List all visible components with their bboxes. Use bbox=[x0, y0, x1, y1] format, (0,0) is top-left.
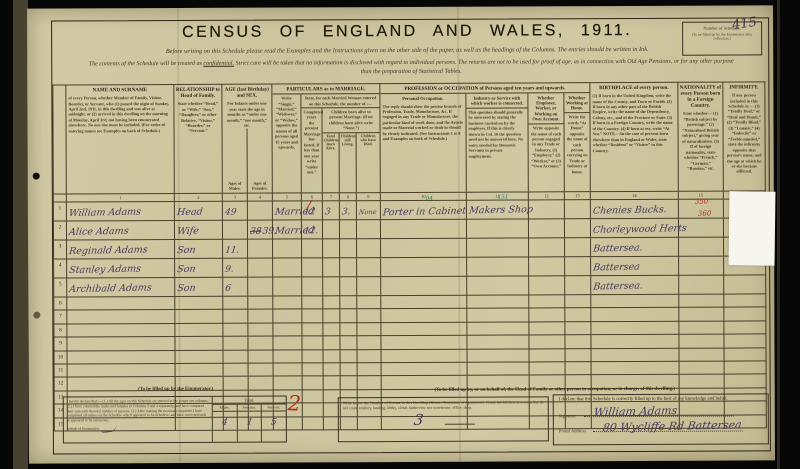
row-number: 3 bbox=[54, 240, 67, 259]
cell-am: 9. bbox=[223, 258, 248, 277]
census-form-paper: CENSUS OF ENGLAND AND WALES, 1911. Numbe… bbox=[27, 5, 775, 463]
cell-nat bbox=[679, 294, 724, 308]
cell-died bbox=[357, 363, 381, 376]
cell-died bbox=[357, 349, 381, 362]
cell-born bbox=[323, 349, 340, 362]
birthplace-header-desc: (1) If born in the United Kingdom, write… bbox=[590, 92, 677, 154]
children-died-label: Children who have Died. bbox=[357, 133, 380, 192]
cell-born bbox=[322, 220, 339, 239]
cell-died bbox=[357, 239, 381, 258]
table-row: 2Alice AdamsWife3839.Married12.Chorleywo… bbox=[53, 218, 765, 240]
cell-rel bbox=[175, 336, 223, 350]
signature-label: Signature bbox=[559, 414, 577, 419]
industry-desc: This question should generally be answer… bbox=[466, 108, 527, 159]
cell-living bbox=[340, 258, 357, 277]
cell-am bbox=[223, 336, 248, 349]
age-females-label: Ages of Females. bbox=[248, 129, 272, 193]
cell-occ bbox=[381, 349, 467, 363]
cell-mar bbox=[273, 349, 302, 363]
scan-edge-left bbox=[13, 0, 28, 469]
cell-rel: Wife bbox=[174, 220, 222, 239]
cell-status bbox=[529, 257, 565, 276]
cell-af bbox=[248, 363, 273, 376]
cell-yrs bbox=[302, 336, 323, 349]
signature-value: William Adams bbox=[591, 406, 678, 420]
cell-birth bbox=[591, 308, 679, 322]
column-number: 2 bbox=[174, 193, 222, 201]
cell-yrs: 12. bbox=[301, 220, 322, 239]
cell-living bbox=[340, 277, 357, 296]
row-number: 11 bbox=[54, 364, 67, 377]
cell-rel bbox=[175, 296, 223, 310]
address-value: 80 Wycliffe Rd Battersea bbox=[600, 420, 742, 435]
cell-inf bbox=[724, 347, 766, 361]
address-label: Postal Address bbox=[559, 429, 586, 434]
cell-living bbox=[339, 220, 356, 239]
rooms-blank-line bbox=[445, 423, 475, 424]
cell-ind bbox=[466, 219, 528, 238]
cell-name bbox=[67, 296, 175, 310]
signature-row: Signature William Adams bbox=[559, 406, 763, 419]
column-number: 9 bbox=[356, 193, 380, 201]
clerk-code-annotation: 151 bbox=[498, 195, 509, 201]
cell-living bbox=[340, 349, 357, 362]
cell-nat bbox=[679, 275, 724, 294]
cell-mar: Married bbox=[272, 220, 301, 239]
instruction-line-2-pre: The contents of the Schedule will be tre… bbox=[89, 61, 204, 68]
enumerator-initials-line: Initials of Enumerator bbox=[67, 425, 209, 433]
cell-status bbox=[529, 362, 565, 376]
cell-living bbox=[340, 336, 357, 349]
declaration-text: I declare that this Schedule is correctl… bbox=[559, 396, 763, 403]
rooms-instruction: Write below the Number of Rooms in this … bbox=[343, 399, 544, 411]
cell-ind bbox=[467, 349, 529, 363]
cell-home bbox=[564, 219, 590, 238]
cell-name bbox=[67, 363, 175, 377]
cell-occ bbox=[381, 276, 467, 295]
cell-died bbox=[357, 309, 381, 322]
page-title: CENSUS OF ENGLAND AND WALES, 1911. bbox=[87, 22, 727, 43]
cell-mar bbox=[273, 336, 302, 350]
cell-name bbox=[67, 310, 175, 324]
cell-ind bbox=[467, 257, 529, 276]
rooms-value: 3 bbox=[411, 414, 424, 426]
cell-mar bbox=[273, 239, 302, 258]
cell-name: Stanley Adams bbox=[67, 258, 175, 277]
census-table: NAME AND SURNAME of every Person, whethe… bbox=[52, 81, 767, 431]
row-number: 10 bbox=[54, 351, 67, 364]
name-header-title: NAME AND SURNAME bbox=[66, 85, 173, 95]
cell-yrs bbox=[302, 309, 323, 322]
cell-died bbox=[357, 258, 381, 277]
cell-occ bbox=[381, 295, 467, 309]
marriage-header-title: PARTICULARS as to MARRIAGE. bbox=[272, 84, 379, 95]
cell-born bbox=[323, 296, 340, 309]
cell-died bbox=[357, 336, 381, 349]
clerk-code-annotation: 04 bbox=[426, 196, 433, 202]
cell-status bbox=[529, 238, 565, 257]
cell-af bbox=[248, 309, 273, 322]
cell-occ bbox=[380, 219, 466, 238]
instruction-line-2-post: Strict care will be taken that no inform… bbox=[234, 59, 734, 75]
cell-nat bbox=[679, 361, 724, 375]
cell-birth: Chorleywood Herts bbox=[590, 218, 678, 237]
col-header-nationality: NATIONALITY of every Person born in a Fo… bbox=[678, 82, 723, 191]
cell-ind bbox=[467, 276, 529, 295]
cell-home bbox=[564, 200, 590, 219]
marriage-condition-label: Write “Single,” “Married,” “Widower,” or… bbox=[272, 95, 301, 193]
cell-af bbox=[248, 258, 273, 277]
cell-living bbox=[340, 376, 357, 389]
col-header-age: AGE (last Birthday) and SEX. For Infants… bbox=[222, 84, 272, 193]
cell-am: 49 bbox=[222, 201, 247, 220]
cell-living bbox=[340, 322, 357, 335]
column-number: 3 bbox=[222, 193, 247, 201]
cell-af bbox=[247, 201, 272, 220]
cell-living bbox=[340, 363, 357, 376]
cell-name: Reginald Adams bbox=[67, 239, 175, 258]
cell-inf bbox=[724, 275, 766, 294]
cell-am bbox=[222, 220, 247, 239]
col-header-occupation: PROFESSION or OCCUPATION of Persons aged… bbox=[380, 83, 590, 193]
cell-yrs bbox=[302, 403, 323, 416]
column-number: 5 bbox=[272, 193, 301, 201]
punch-hole bbox=[33, 173, 40, 180]
cell-status bbox=[529, 276, 565, 295]
col-header-infirmity: INFIRMITY. If any person included in thi… bbox=[723, 82, 765, 191]
nationality-header-title: NATIONALITY of every Person born in a Fo… bbox=[678, 83, 722, 111]
cell-yrs bbox=[302, 376, 323, 389]
cell-yrs bbox=[302, 239, 323, 258]
industry-label: Industry or Service with which worker is… bbox=[466, 94, 527, 109]
row-number: 1 bbox=[53, 202, 66, 221]
cell-ind bbox=[467, 308, 529, 322]
cell-af bbox=[248, 296, 273, 309]
cell-died bbox=[357, 277, 381, 296]
cell-nat bbox=[679, 334, 724, 348]
instruction-line-2: The contents of the Schedule will be tre… bbox=[87, 58, 735, 78]
relationship-header-desc: State whether “Head,” or “Wife,” “Son,” … bbox=[174, 100, 221, 193]
cell-yrs bbox=[302, 277, 323, 296]
table-row: 1William AdamsHead49Married1233.NonePort… bbox=[53, 199, 765, 221]
cell-ind bbox=[467, 362, 529, 376]
cell-name bbox=[67, 350, 175, 364]
birthplace-code-annotation: 360 bbox=[698, 210, 711, 218]
married-woman-label: State, for each Married Woman entered on… bbox=[301, 94, 379, 108]
column-number: 13 bbox=[564, 192, 590, 200]
years-married-label: Completed years the present Marriage has… bbox=[301, 108, 322, 192]
age-header-desc: For Infants under one year state the age… bbox=[222, 100, 271, 129]
column-number: 12 bbox=[528, 192, 564, 200]
enumerator-initials-mark bbox=[100, 425, 117, 433]
cell-home bbox=[565, 257, 591, 276]
cell-birth: Battersea. bbox=[591, 237, 679, 256]
cell-inf bbox=[724, 307, 766, 321]
cell-status bbox=[529, 348, 565, 362]
cell-born bbox=[323, 239, 340, 258]
working-at-home-desc: Write the words “At Home” opposite the n… bbox=[564, 113, 589, 175]
employment-status-desc: Write opposite the name of each person e… bbox=[529, 124, 564, 170]
cell-home bbox=[565, 335, 591, 349]
cell-rel bbox=[175, 363, 223, 377]
cell-status bbox=[529, 335, 565, 349]
header-row: NAME AND SURNAME of every Person, whethe… bbox=[53, 82, 766, 194]
cell-am bbox=[223, 363, 248, 376]
cell-yrs bbox=[302, 363, 323, 376]
enumerator-declaration-text: I hereby declare that:— (1.) All the age… bbox=[67, 399, 209, 423]
cell-home bbox=[565, 308, 591, 322]
cell-mar bbox=[273, 258, 302, 277]
declaration-box: I declare that this Schedule is correctl… bbox=[553, 393, 769, 445]
cell-home bbox=[565, 362, 591, 376]
colnum-blank bbox=[53, 194, 66, 202]
cell-nat bbox=[679, 321, 724, 335]
cell-occ bbox=[381, 322, 467, 336]
cell-yrs bbox=[302, 390, 323, 403]
enumerator-initials-label: Initials of Enumerator bbox=[67, 427, 100, 431]
cell-birth bbox=[591, 334, 679, 348]
cell-rel: Son bbox=[175, 277, 223, 296]
cell-birth bbox=[591, 321, 679, 335]
cell-birth bbox=[591, 294, 679, 308]
birthplace-code-annotation: 350 bbox=[695, 198, 708, 206]
cell-home bbox=[565, 276, 591, 295]
children-born-label: Children born alive to present Marriage.… bbox=[322, 108, 379, 133]
personal-occupation-desc: The reply should show the precise branch… bbox=[380, 102, 465, 143]
cell-yrs bbox=[302, 323, 323, 336]
cell-rel: Son bbox=[175, 258, 223, 277]
cell-nat bbox=[679, 256, 724, 275]
children-living-label: Children still Living. bbox=[340, 133, 357, 192]
cell-name: Alice Adams bbox=[66, 220, 174, 239]
cell-birth bbox=[591, 348, 679, 362]
row-number: 4 bbox=[54, 259, 67, 278]
address-row: Postal Address 80 Wycliffe Rd Battersea bbox=[559, 421, 763, 434]
cell-rel bbox=[175, 323, 223, 337]
cell-rel bbox=[175, 350, 223, 364]
children-total-label: Total Children Born Alive. bbox=[323, 133, 340, 192]
relationship-header-title: RELATIONSHIP to Head of Family. bbox=[174, 85, 221, 100]
cell-born bbox=[323, 336, 340, 349]
cell-inf bbox=[724, 334, 766, 348]
infirmity-header-desc: If any person included in this Schedule … bbox=[723, 92, 764, 176]
col-header-name: NAME AND SURNAME of every Person, whethe… bbox=[66, 84, 174, 193]
cell-af bbox=[248, 323, 273, 336]
cell-ind bbox=[467, 238, 529, 257]
cell-ind bbox=[467, 335, 529, 349]
cell-born bbox=[323, 363, 340, 376]
totals-females-value: 1 bbox=[246, 416, 253, 430]
red-page-mark: 2 bbox=[287, 391, 302, 416]
cell-born bbox=[323, 258, 340, 277]
cell-living bbox=[340, 309, 357, 322]
cell-nat bbox=[679, 307, 724, 321]
column-number: 4 bbox=[247, 193, 272, 201]
cell-am bbox=[223, 323, 248, 336]
column-number: 7 bbox=[322, 193, 339, 201]
instruction-line-2-confidential: confidential. bbox=[203, 61, 234, 67]
cell-status bbox=[529, 308, 565, 322]
working-at-home-label: Whether Working at Home. bbox=[564, 93, 589, 113]
cell-mar bbox=[273, 323, 302, 337]
cell-rel bbox=[175, 310, 223, 324]
cell-yrs bbox=[302, 416, 323, 429]
cell-am: 11. bbox=[223, 239, 248, 258]
cell-af bbox=[248, 277, 273, 296]
cell-yrs: 12 bbox=[301, 201, 322, 220]
enumerator-declaration: I hereby declare that:— (1.) All the age… bbox=[64, 397, 212, 443]
cell-ind bbox=[467, 295, 529, 309]
birthplace-header-title: BIRTHPLACE of every person. bbox=[590, 83, 677, 92]
enumerator-box: I hereby declare that:— (1.) All the age… bbox=[63, 396, 287, 444]
cell-rel: Son bbox=[175, 239, 223, 258]
scan-edge-right bbox=[777, 0, 780, 469]
cell-born bbox=[323, 309, 340, 322]
cell-rel: Head bbox=[174, 201, 222, 220]
row-number-header bbox=[53, 85, 66, 194]
enumerator-section-heading: (To be filled up by the Enumerator.) bbox=[63, 386, 289, 392]
cell-mar bbox=[273, 277, 302, 296]
cell-mar: Married bbox=[272, 201, 301, 220]
cell-born: 3 bbox=[322, 201, 339, 220]
cell-occ: Porter in Cabinet Makers Shop bbox=[380, 200, 466, 219]
address-line: 80 Wycliffe Rd Battersea bbox=[593, 421, 743, 433]
signature-line: William Adams bbox=[584, 406, 734, 418]
cell-mar bbox=[273, 309, 302, 323]
cell-status bbox=[528, 200, 564, 219]
cell-status bbox=[528, 219, 564, 238]
cell-inf bbox=[724, 294, 766, 308]
cell-af bbox=[248, 350, 273, 363]
age-males-label: Ages of Males. bbox=[223, 129, 248, 193]
cell-occ bbox=[381, 238, 467, 257]
cell-occ bbox=[381, 362, 467, 376]
cell-born bbox=[323, 323, 340, 336]
schedule-number-note: (To be filled up by the Enumerator after… bbox=[683, 32, 761, 40]
cell-born bbox=[323, 277, 340, 296]
cell-status bbox=[529, 322, 565, 336]
cell-home bbox=[565, 238, 591, 257]
cell-birth bbox=[591, 361, 679, 375]
col-header-birthplace: BIRTHPLACE of every person. (1) If born … bbox=[590, 82, 678, 191]
cell-home bbox=[565, 295, 591, 309]
employment-status-label: Whether Employer, Worker, or Working on … bbox=[528, 93, 563, 124]
cell-occ bbox=[381, 257, 467, 276]
cell-af: 3839. bbox=[247, 220, 272, 239]
row-number: 2 bbox=[53, 221, 66, 240]
cell-name bbox=[67, 337, 175, 351]
cell-af bbox=[248, 239, 273, 258]
cell-birth: Battersea bbox=[591, 256, 679, 275]
cell-af bbox=[248, 336, 273, 349]
row-number: 8 bbox=[54, 324, 67, 337]
cell-name: Archibald Adams bbox=[67, 277, 175, 296]
cell-birth: Battersea. bbox=[591, 275, 679, 294]
cell-am: 6 bbox=[223, 277, 248, 296]
age-header-title: AGE (last Birthday) and SEX. bbox=[222, 85, 271, 100]
row-number: 7 bbox=[54, 310, 67, 323]
cell-mar bbox=[273, 363, 302, 377]
row-number: 9 bbox=[54, 337, 67, 350]
col-header-relationship: RELATIONSHIP to Head of Family. State wh… bbox=[174, 84, 222, 193]
blank-patch bbox=[728, 191, 775, 266]
cell-nat bbox=[679, 237, 724, 256]
cell-living bbox=[340, 239, 357, 258]
cell-occ bbox=[381, 309, 467, 323]
schedule-number-box: Number of Schedule. (To be filled up by … bbox=[682, 21, 762, 55]
rooms-box: Write below the Number of Rooms in this … bbox=[338, 396, 549, 442]
cell-died bbox=[356, 220, 380, 239]
row-number: 6 bbox=[54, 297, 67, 310]
cell-mar bbox=[273, 296, 302, 310]
cell-living: 3. bbox=[339, 201, 356, 220]
cell-died bbox=[357, 322, 381, 335]
cell-died bbox=[357, 296, 381, 309]
cell-status bbox=[529, 295, 565, 309]
cell-birth: Chenies Bucks. bbox=[590, 199, 678, 218]
cell-name: William Adams bbox=[66, 201, 174, 220]
col-header-marriage: PARTICULARS as to MARRIAGE. Write “Singl… bbox=[272, 84, 380, 193]
rooms-value-line: 3 bbox=[343, 411, 544, 430]
cell-home bbox=[565, 321, 591, 335]
cell-yrs bbox=[302, 349, 323, 362]
cell-am bbox=[223, 310, 248, 323]
row-number: 5 bbox=[54, 278, 67, 297]
cell-am bbox=[223, 296, 248, 309]
cell-inf bbox=[724, 361, 766, 375]
nationality-header-desc: State whether— (1) “British subject by p… bbox=[678, 110, 722, 172]
cell-am bbox=[223, 350, 248, 363]
cell-born bbox=[323, 376, 340, 389]
cell-home bbox=[565, 348, 591, 362]
cell-ind bbox=[467, 322, 529, 336]
personal-occupation-label: Personal Occupation. bbox=[380, 94, 465, 103]
punch-hole bbox=[33, 312, 40, 319]
totals-table: Total. Males. Females. Persons. 4 1 5 bbox=[212, 397, 286, 442]
cell-living bbox=[340, 296, 357, 309]
cell-occ bbox=[381, 335, 467, 349]
totals-males-value: 4 bbox=[221, 416, 228, 430]
cell-nat bbox=[679, 348, 724, 362]
cell-died: None bbox=[356, 201, 380, 220]
column-number: 8 bbox=[339, 193, 356, 201]
cell-inf bbox=[724, 321, 766, 335]
name-header-desc: of every Person, whether Member of Famil… bbox=[66, 94, 173, 135]
infirmity-header-title: INFIRMITY. bbox=[723, 82, 764, 91]
cell-yrs bbox=[302, 296, 323, 309]
totals-persons-value: 5 bbox=[270, 415, 277, 429]
cell-name bbox=[67, 323, 175, 337]
cell-yrs bbox=[302, 258, 323, 277]
